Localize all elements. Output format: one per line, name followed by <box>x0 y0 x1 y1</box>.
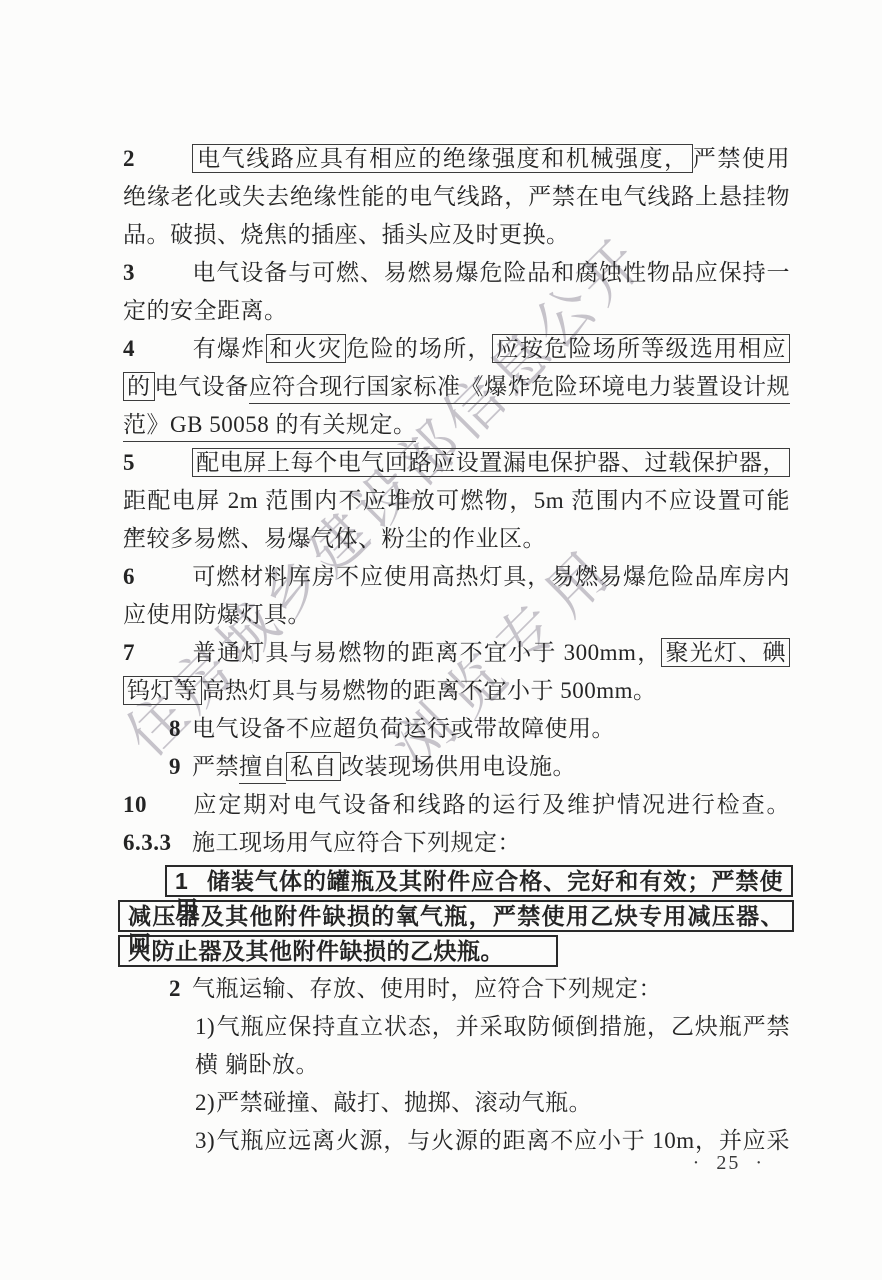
inserted-text-box: 配电屏上每个电气回路应设置漏电保护器、过载保护器， <box>192 448 790 477</box>
inserted-text-box: 电气线路应具有相应的绝缘强度和机械强度， <box>192 144 693 173</box>
sub-item-number: 2) <box>195 1090 215 1115</box>
body-text: 电气设备不应超负荷运行或带故障使用。 <box>192 716 615 741</box>
inserted-text-box: 聚光灯、碘 <box>661 638 790 667</box>
item-number: 9 <box>123 748 192 786</box>
item-number: 6 <box>123 558 192 596</box>
body-text: 普通灯具与易燃物的距离不宜小于 300mm， <box>192 640 661 665</box>
body-text: 严禁使用 <box>693 146 790 171</box>
body-text: 有爆炸 <box>192 336 266 361</box>
item-number: 1 <box>175 867 188 895</box>
revision-boxed-line: 1储装气体的罐瓶及其附件应合格、完好和有效；严禁使用 <box>165 865 793 897</box>
item-number: 4 <box>123 330 192 368</box>
body-text: 品。破损、烧焦的插座、插头应及时更换。 <box>123 222 570 247</box>
text-line: 的电气设备应符合现行国家标准《爆炸危险环境电力装置设计规 <box>123 368 790 406</box>
text-line: 6可燃材料库房不应使用高热灯具，易燃易爆危险品库房内 <box>123 558 790 596</box>
text-line: 4有爆炸和火灾危险的场所，应按危险场所等级选用相应 <box>123 330 790 368</box>
text-line: 3电气设备与可燃、易燃易爆危险品和腐蚀性物品应保持一 <box>123 254 790 292</box>
text-line: 8电气设备不应超负荷运行或带故障使用。 <box>123 710 790 748</box>
body-text: 气瓶应远离火源，与火源的距离不应小于 10m，并应采 <box>216 1128 790 1153</box>
sub-item-number: 1) <box>195 1014 215 1039</box>
section-number: 6.3.3 <box>123 824 192 862</box>
body-text: 定的安全距离。 <box>123 298 288 323</box>
body-text: 施工现场用气应符合下列规定： <box>192 830 521 855</box>
text-line: 2)严禁碰撞、敲打、抛掷、滚动气瓶。 <box>123 1084 790 1122</box>
inserted-text-box: 和火灾 <box>266 334 347 363</box>
body-text: 绝缘老化或失去绝缘性能的电气线路，严禁在电气线路上悬挂物 <box>123 184 790 209</box>
body-text: 躺卧放。 <box>225 1052 319 1077</box>
item-number: 3 <box>123 254 192 292</box>
body-text: 火防止器及其他附件缺损的乙炔瓶。 <box>128 938 504 964</box>
text-line: 范》GB 50058 的有关规定。 <box>123 406 790 444</box>
inserted-text-box: 私自 <box>286 752 341 781</box>
underlined-text: 应符合现行国家标准《爆炸危险环境电力装置设计规 <box>249 374 790 404</box>
text-line: 7普通灯具与易燃物的距离不宜小于 300mm，聚光灯、碘 <box>123 634 790 672</box>
text-line: 5配电屏上每个电气回路应设置漏电保护器、过载保护器， <box>123 444 790 482</box>
text-line: 3)气瓶应远离火源，与火源的距离不应小于 10m，并应采 <box>123 1122 790 1160</box>
body-text: 可燃材料库房不应使用高热灯具，易燃易爆危险品库房内 <box>192 564 790 589</box>
body-text: 改装现场供用电设施。 <box>341 754 576 779</box>
document-body: 2电气线路应具有相应的绝缘强度和机械强度，严禁使用绝缘老化或失去绝缘性能的电气线… <box>123 140 790 1160</box>
body-text: 应定期对电气设备和线路的运行及维护情况进行检查。 <box>192 792 790 817</box>
underlined-text: 擅自 <box>239 754 286 784</box>
text-line: 9严禁擅自私自改装现场供用电设施。 <box>123 748 790 786</box>
text-line: 1)气瓶应保持直立状态，并采取防倾倒措施，乙炔瓶严禁横 <box>123 1008 790 1046</box>
body-text: 气瓶运输、存放、使用时，应符合下列规定： <box>192 976 662 1001</box>
inserted-text-box: 的 <box>123 372 155 401</box>
inserted-text-box: 钨灯等 <box>123 676 202 705</box>
text-line: 10应定期对电气设备和线路的运行及维护情况进行检查。 <box>123 786 790 824</box>
text-line: 应使用防爆灯具。 <box>123 596 790 634</box>
text-line: 2气瓶运输、存放、使用时，应符合下列规定： <box>123 970 790 1008</box>
body-text: 高热灯具与易燃物的距离不宜小于 500mm。 <box>202 678 657 703</box>
revision-boxed-line: 减压器及其他附件缺损的氧气瓶，严禁使用乙炔专用减压器、回 <box>118 900 794 932</box>
body-text: 严禁 <box>192 754 239 779</box>
body-text: 严禁碰撞、敲打、抛掷、滚动气瓶。 <box>216 1090 592 1115</box>
text-line: 距配电屏 2m 范围内不应堆放可燃物，5m 范围内不应设置可能产 <box>123 482 790 520</box>
body-text: 应使用防爆灯具。 <box>123 602 311 627</box>
item-number: 10 <box>123 786 192 824</box>
text-line: 2电气线路应具有相应的绝缘强度和机械强度，严禁使用 <box>123 140 790 178</box>
inserted-text-box: 应按危险场所等级选用相应 <box>492 334 790 363</box>
sub-item-number: 3) <box>195 1128 215 1153</box>
text-line: 品。破损、烧焦的插座、插头应及时更换。 <box>123 216 790 254</box>
item-number: 5 <box>123 444 192 482</box>
document-page: { "watermark": { "line1": "住房城乡建设部信息公开",… <box>0 0 882 1280</box>
body-text: 危险的场所， <box>346 336 492 361</box>
item-number: 2 <box>123 970 192 1008</box>
item-number: 2 <box>123 140 192 178</box>
text-line: 6.3.3施工现场用气应符合下列规定： <box>123 824 790 862</box>
text-line: 躺卧放。 <box>123 1046 790 1084</box>
revision-boxed-line: 火防止器及其他附件缺损的乙炔瓶。 <box>118 935 558 967</box>
body-text: 电气设备与可燃、易燃易爆危险品和腐蚀性物品应保持一 <box>192 260 790 285</box>
text-line: 钨灯等高热灯具与易燃物的距离不宜小于 500mm。 <box>123 672 790 710</box>
item-number: 7 <box>123 634 192 672</box>
underlined-text: 范》GB 50058 的有关规定。 <box>123 412 416 442</box>
body-text: 电气设备 <box>155 374 249 399</box>
item-number: 8 <box>123 710 192 748</box>
text-line: 绝缘老化或失去绝缘性能的电气线路，严禁在电气线路上悬挂物 <box>123 178 790 216</box>
text-line: 生较多易燃、易爆气体、粉尘的作业区。 <box>123 520 790 558</box>
body-text: 生较多易燃、易爆气体、粉尘的作业区。 <box>123 526 546 551</box>
page-number: · 25 · <box>693 1152 764 1175</box>
text-line: 定的安全距离。 <box>123 292 790 330</box>
